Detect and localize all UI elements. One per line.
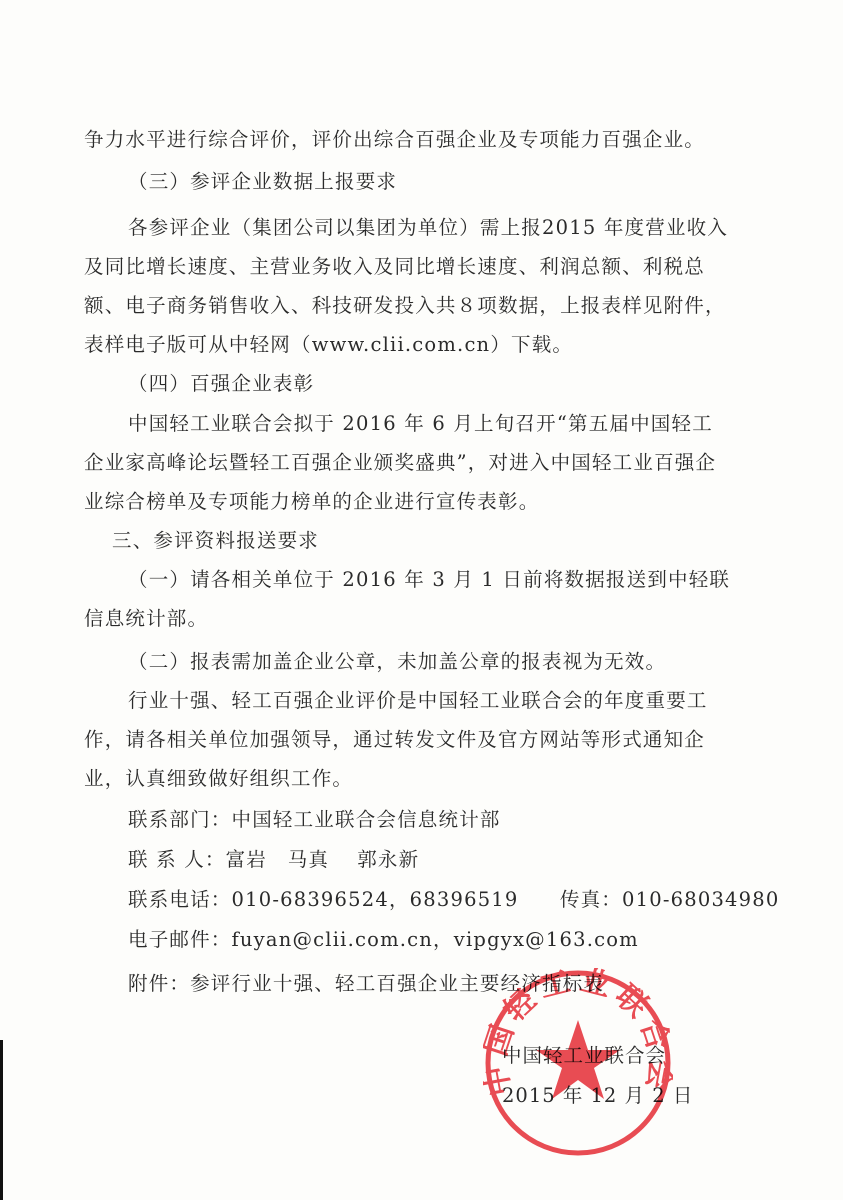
paragraph-line: 及同比增长速度、主营业务收入及同比增长速度、利润总额、利税总 <box>84 255 705 279</box>
scan-edge <box>0 1040 3 1200</box>
paragraph-line: 中国轻工业联合会拟于 2016 年 6 月上旬召开“第五届中国轻工 <box>128 412 713 436</box>
section-heading: 三、参评资料报送要求 <box>112 529 319 553</box>
section-heading: （四）百强企业表彰 <box>128 372 314 396</box>
paragraph-line: （一）请各相关单位于 2016 年 3 月 1 日前将数据报送到中轻联 <box>128 568 730 592</box>
paragraph-line: 争力水平进行综合评价，评价出综合百强企业及专项能力百强企业。 <box>84 128 705 152</box>
contact-persons: 联 系 人：富岩 马真 郭永新 <box>128 848 419 872</box>
contact-phone: 联系电话：010-68396524，68396519 传真：010-680349… <box>128 888 779 912</box>
paragraph-line: 表样电子版可从中轻网（www.clii.com.cn）下载。 <box>84 333 573 357</box>
paragraph-line: 行业十强、轻工百强企业评价是中国轻工业联合会的年度重要工 <box>128 689 708 713</box>
contact-department: 联系部门：中国轻工业联合会信息统计部 <box>128 808 501 832</box>
contact-email: 电子邮件：fuyan@clii.com.cn，vipgyx@163.com <box>128 928 639 952</box>
paragraph-line: 业综合榜单及专项能力榜单的企业进行宣传表彰。 <box>84 490 539 514</box>
paragraph-line: 企业家高峰论坛暨轻工百强企业颁奖盛典”，对进入中国轻工业百强企 <box>84 451 716 475</box>
official-seal-stamp-icon: 中国轻工业联合会 <box>483 968 673 1158</box>
section-heading: （三）参评企业数据上报要求 <box>128 170 397 194</box>
paragraph-line: 业，认真细致做好组织工作。 <box>84 767 353 791</box>
paragraph-line: 信息统计部。 <box>84 607 208 631</box>
paragraph-line: 额、电子商务销售收入、科技研发投入共８项数据，上报表样见附件， <box>84 294 726 318</box>
paragraph-line: （二）报表需加盖企业公章，未加盖公章的报表视为无效。 <box>128 650 666 674</box>
paragraph-line: 各参评企业（集团公司以集团为单位）需上报2015 年度营业收入 <box>128 216 728 240</box>
paragraph-line: 作，请各相关单位加强领导，通过转发文件及官方网站等形式通知企 <box>84 728 705 752</box>
